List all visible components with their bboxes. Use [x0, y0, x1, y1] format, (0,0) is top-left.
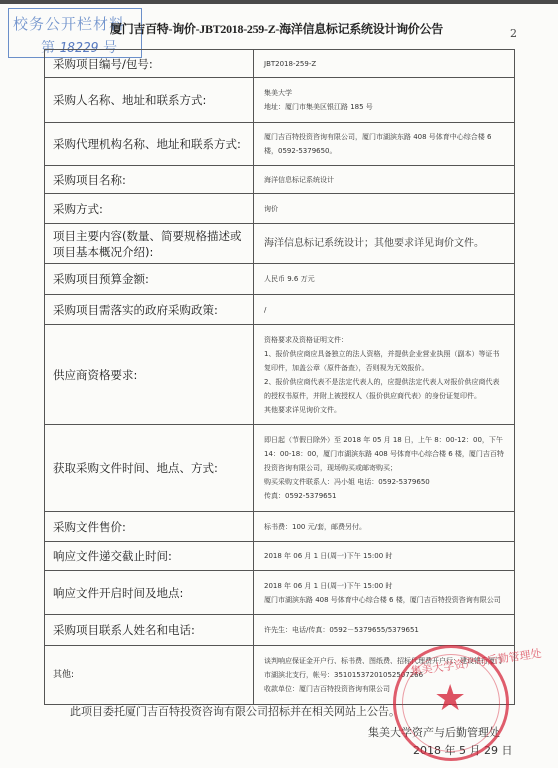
- value-line: 询价: [264, 202, 504, 216]
- row-label: 采购代理机构名称、地址和联系方式:: [45, 123, 254, 166]
- row-label: 响应文件递交截止时间:: [45, 542, 254, 571]
- row-label: 采购人名称、地址和联系方式:: [45, 78, 254, 123]
- value-line: 即日起（节假日除外）至 2018 年 05 月 18 日，上午 8：00-12：…: [264, 433, 504, 475]
- document-title: 厦门吉百特-询价-JBT2018-259-Z-海洋信息标记系统设计询价公告: [110, 20, 470, 37]
- value-line: /: [264, 303, 504, 317]
- value-line: JBT2018-259-Z: [264, 57, 504, 71]
- table-row: 获取采购文件时间、地点、方式: 即日起（节假日除外）至 2018 年 05 月 …: [45, 425, 515, 512]
- row-label: 采购项目编号/包号:: [45, 50, 254, 78]
- row-value: 资格要求及资格证明文件： 1、报价供应商应具备独立的法人资格，并提供企业营业执照…: [254, 325, 515, 425]
- row-label: 采购项目需落实的政府采购政策:: [45, 295, 254, 325]
- row-label: 响应文件开启时间及地点:: [45, 571, 254, 615]
- official-seal: 集美大学资产与后勤管理处 ★: [393, 645, 509, 761]
- star-icon: ★: [434, 678, 466, 719]
- table-row: 项目主要内容(数量、简要规格描述或项目基本概况介绍): 海洋信息标记系统设计；其…: [45, 224, 515, 264]
- value-line: 厦门市湖滨东路 408 号体育中心综合楼 6 楼，厦门吉百特投资咨询有限公司: [264, 593, 504, 607]
- row-value: 厦门吉百特投资咨询有限公司，厦门市湖滨东路 408 号体育中心综合楼 6 楼，0…: [254, 123, 515, 166]
- table-row: 采购人名称、地址和联系方式: 集美大学 地址：厦门市集美区银江路 185 号: [45, 78, 515, 123]
- value-line: 许先生：电话/传真：0592－5379655/5379651: [264, 623, 504, 637]
- page-mark: 2: [510, 27, 517, 40]
- row-value: 2018 年 06 月 1 日(周一)下午 15:00 时: [254, 542, 515, 571]
- row-value: /: [254, 295, 515, 325]
- row-label: 获取采购文件时间、地点、方式:: [45, 425, 254, 512]
- value-line: 标书费：100 元/套，邮费另付。: [264, 520, 504, 534]
- value-line: 厦门吉百特投资咨询有限公司，厦门市湖滨东路 408 号体育中心综合楼 6 楼，0…: [264, 130, 504, 158]
- footer-note: 此项目委托厦门吉百特投资咨询有限公司招标并在相关网站上公告。: [70, 703, 400, 719]
- table-row: 采购项目联系人姓名和电话: 许先生：电话/传真：0592－5379655/537…: [45, 615, 515, 646]
- value-line: 其他要求详见询价文件。: [264, 403, 504, 417]
- row-value: 海洋信息标记系统设计；其他要求详见询价文件。: [254, 224, 515, 264]
- row-value: 人民币 9.6 万元: [254, 264, 515, 295]
- table-row: 采购代理机构名称、地址和联系方式: 厦门吉百特投资咨询有限公司，厦门市湖滨东路 …: [45, 123, 515, 166]
- row-value: JBT2018-259-Z: [254, 50, 515, 78]
- table-row: 供应商资格要求: 资格要求及资格证明文件： 1、报价供应商应具备独立的法人资格，…: [45, 325, 515, 425]
- row-label: 采购方式:: [45, 194, 254, 224]
- value-line: 集美大学: [264, 86, 504, 100]
- value-line: 海洋信息标记系统设计；其他要求详见询价文件。: [264, 237, 504, 251]
- value-line: 2、报价供应商代表不是法定代表人的，应提供法定代表人对报价供应商代表的授权书原件…: [264, 375, 504, 403]
- row-value: 许先生：电话/传真：0592－5379655/5379651: [254, 615, 515, 646]
- row-value: 即日起（节假日除外）至 2018 年 05 月 18 日，上午 8：00-12：…: [254, 425, 515, 512]
- value-line: 海洋信息标记系统设计: [264, 173, 504, 187]
- table-row: 响应文件递交截止时间: 2018 年 06 月 1 日(周一)下午 15:00 …: [45, 542, 515, 571]
- row-value: 2018 年 06 月 1 日(周一)下午 15:00 时 厦门市湖滨东路 40…: [254, 571, 515, 615]
- table-row: 采购项目名称: 海洋信息标记系统设计: [45, 166, 515, 194]
- value-line: 资格要求及资格证明文件：: [264, 333, 504, 347]
- row-label: 其他:: [45, 646, 254, 705]
- row-value: 标书费：100 元/套，邮费另付。: [254, 512, 515, 542]
- table-row: 采购方式: 询价: [45, 194, 515, 224]
- value-line: 1、报价供应商应具备独立的法人资格，并提供企业营业执照（副本）等证书复印件，加盖…: [264, 347, 504, 375]
- table-row: 响应文件开启时间及地点: 2018 年 06 月 1 日(周一)下午 15:00…: [45, 571, 515, 615]
- row-label: 采购文件售价:: [45, 512, 254, 542]
- value-line: 传真：0592-5379651: [264, 489, 504, 503]
- table-row: 采购项目预算金额: 人民币 9.6 万元: [45, 264, 515, 295]
- value-line: 2018 年 06 月 1 日(周一)下午 15:00 时: [264, 579, 504, 593]
- table-row: 采购项目需落实的政府采购政策: /: [45, 295, 515, 325]
- row-label: 项目主要内容(数量、简要规格描述或项目基本概况介绍):: [45, 224, 254, 264]
- value-line: 人民币 9.6 万元: [264, 272, 504, 286]
- row-value: 集美大学 地址：厦门市集美区银江路 185 号: [254, 78, 515, 123]
- row-label: 采购项目名称:: [45, 166, 254, 194]
- table-row: 采购文件售价: 标书费：100 元/套，邮费另付。: [45, 512, 515, 542]
- scan-top-edge: [0, 0, 558, 4]
- table-row: 采购项目编号/包号: JBT2018-259-Z: [45, 50, 515, 78]
- stamp-heading: 校务公开栏材料: [13, 13, 125, 34]
- value-line: 2018 年 06 月 1 日(周一)下午 15:00 时: [264, 549, 504, 563]
- value-line: 购买采购文件联系人：冯小姐 电话：0592-5379650: [264, 475, 504, 489]
- row-value: 询价: [254, 194, 515, 224]
- row-label: 采购项目预算金额:: [45, 264, 254, 295]
- row-label: 采购项目联系人姓名和电话:: [45, 615, 254, 646]
- row-label: 供应商资格要求:: [45, 325, 254, 425]
- inquiry-table: 采购项目编号/包号: JBT2018-259-Z 采购人名称、地址和联系方式: …: [44, 49, 515, 705]
- row-value: 海洋信息标记系统设计: [254, 166, 515, 194]
- value-line: 地址：厦门市集美区银江路 185 号: [264, 100, 504, 114]
